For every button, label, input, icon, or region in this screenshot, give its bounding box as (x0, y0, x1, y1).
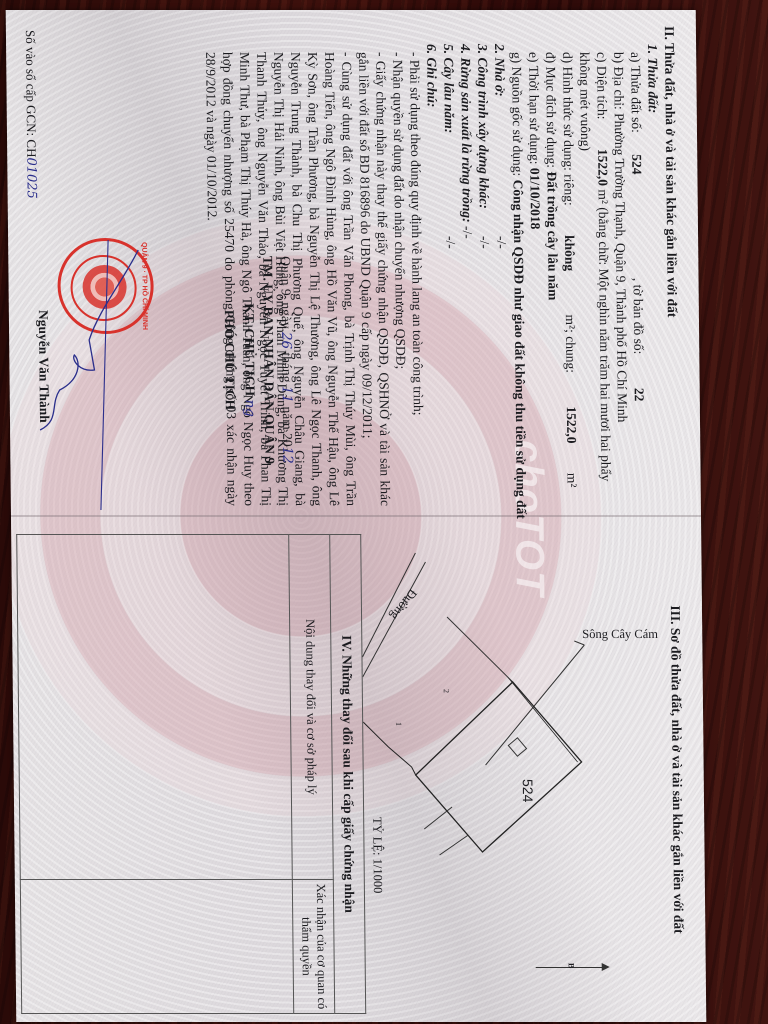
changes-cell-empty (17, 535, 293, 880)
date-day: 26 (278, 332, 294, 349)
changes-table: IV. Những thay đổi sau khi cấp giấy chứn… (16, 534, 366, 1014)
address-value: Phường Trường Thạnh, Quận 9, Thành phố H… (612, 113, 630, 422)
serial-label: Số vào sổ cấp GCN: CH (23, 30, 39, 157)
map-sheet-value: 22 (632, 388, 647, 402)
vice-chairman-line: PHÓ CHỦ TỊCH (219, 210, 241, 510)
area-row: c) Diện tích: 1522,0 m² (bằng chữ: Một n… (576, 26, 615, 506)
origin-value: Công nhận QSDĐ như giao đất không thu ti… (510, 180, 529, 519)
north-arrow-label: B (567, 963, 576, 968)
column-header-confirmation: Xác nhận của cơ quan có thẩm quyền (292, 879, 334, 1013)
purpose-value: Đất trồng cây lâu năm (544, 171, 560, 300)
area-unit: m² (596, 189, 611, 204)
north-arrow-head-icon (602, 963, 610, 971)
perennial-trees-label: 5. Cây lâu năm: (441, 44, 457, 133)
section-iii-title: III. Sơ đồ thửa đất, nhà ở và tài sản kh… (666, 517, 688, 1022)
parcel-number-label: a) Thửa đất số: (628, 52, 644, 133)
river-label: Sông Cây Cám (582, 627, 658, 642)
note-item: - Giấy chứng nhận này thay thế giấy chứn… (355, 52, 394, 506)
production-forest-label: 4. Rừng sản xuất là rừng trồng: (458, 44, 475, 223)
map-scale: TỶ LỆ: 1/1000 (369, 817, 385, 893)
area-value: 1522,0 (595, 149, 610, 186)
date-year-label: năm 20 (280, 406, 295, 446)
parcel-number-label-map: 524 (520, 779, 536, 802)
initials: ng (242, 399, 258, 416)
parcel-number-value: 524 (629, 154, 644, 174)
map-sheet-label: , tờ bản đồ số: (631, 278, 647, 355)
purpose-label: đ) Mục đích sử dụng: (543, 52, 559, 168)
serial-value: 01025 (23, 157, 38, 198)
use-form-unit2: m² (565, 473, 580, 488)
official-red-seal: QUẬN 9 · TP HỒ CHÍ MINH (57, 238, 154, 334)
vertex-label: 2 (442, 689, 451, 693)
signature-block: Quận 9, ngày 26 tháng 11 năm 2012 TM. ỦY… (219, 210, 296, 510)
house-label: 2. Nhà ở: (492, 44, 508, 97)
date-year-suffix: 12 (279, 447, 295, 464)
section-iv-title: IV. Những thay đổi sau khi cấp giấy chứn… (330, 535, 366, 1014)
address-label: b) Địa chỉ: (611, 52, 627, 110)
certificate-paper: choTOT II. Thửa đất, nhà ở và tài sản kh… (6, 10, 707, 1022)
confirmation-cell-empty (20, 879, 293, 1013)
issue-date: Quận 9, ngày 26 tháng 11 năm 2012 (277, 210, 296, 510)
term-value: 01/10/2018 (527, 168, 543, 230)
perennial-trees-value: -/- (442, 236, 459, 249)
production-forest-value: -/- (460, 226, 475, 239)
column-header-changes: Nội dung thay đổi và cơ sở pháp lý (289, 535, 334, 880)
right-page: III. Sơ đồ thửa đất, nhà ở và tài sản kh… (11, 517, 706, 1022)
area-label: c) Diện tích: (594, 52, 610, 119)
vertex-label: 1 (394, 722, 403, 726)
origin-label: g) Nguồn gốc sử dụng: (509, 52, 525, 176)
use-form-shared: 1522,0 (564, 406, 579, 443)
date-month-label: tháng (279, 353, 294, 383)
house-value: -/- (493, 236, 510, 249)
seal-text: QUẬN 9 · TP HỒ CHÍ MINH (140, 241, 148, 331)
signer-name: Nguyễn Văn Thành (35, 310, 52, 423)
certificate-serial: Số vào sổ cấp GCN: CH01025 (22, 30, 40, 199)
use-form-label: d) Hình thức sử dụng: riêng: (560, 52, 577, 206)
other-construction-value: -/- (476, 236, 493, 249)
date-month: 11 (279, 386, 295, 403)
authority-line: TM. ỦY BAN NHÂN DÂN QUẬN 9 (258, 210, 280, 510)
date-prefix: Quận 9, ngày (278, 256, 294, 328)
use-form-unit1: m²; chung: (563, 315, 579, 373)
kt-chairman: KT. CHỦ TỊCH (242, 303, 258, 396)
national-emblem-icon (82, 265, 126, 309)
other-construction-label: 3. Công trình xây dựng khác: (475, 44, 492, 209)
use-form-private: không (562, 235, 577, 271)
term-label: e) Thời hạn sử dụng: (526, 52, 542, 164)
left-page: choTOT II. Thửa đất, nhà ở và tài sản kh… (6, 10, 701, 515)
